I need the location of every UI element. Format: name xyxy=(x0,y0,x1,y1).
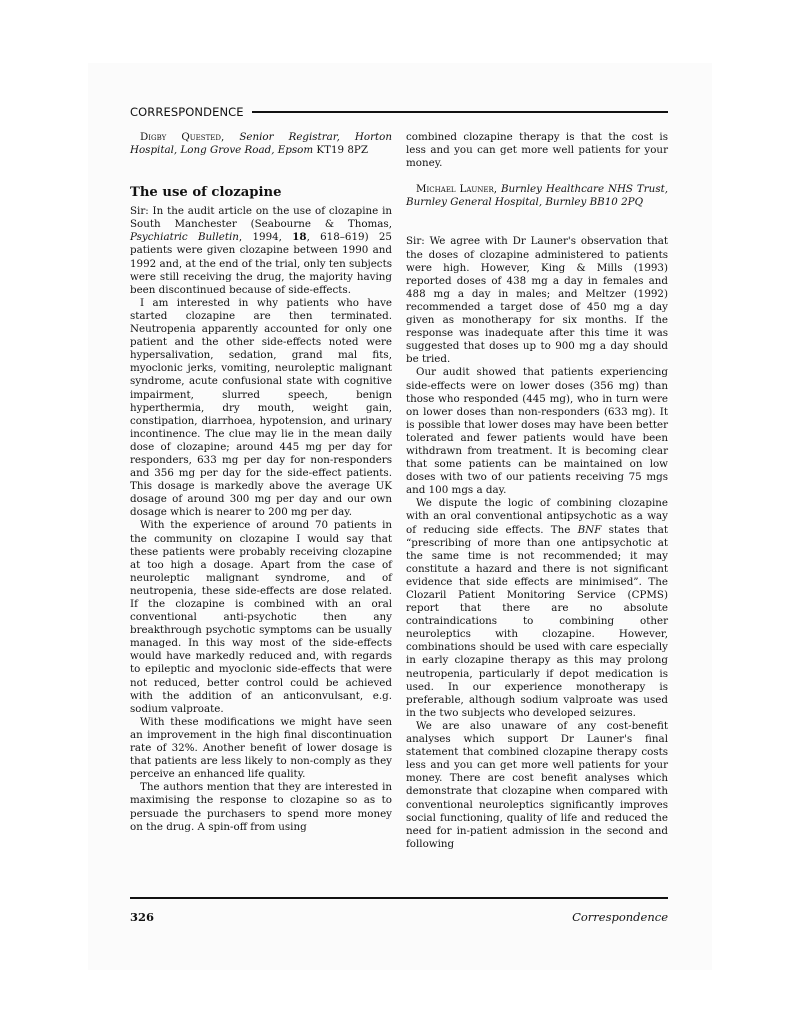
letter-continuation: combined clozapine therapy is that the c… xyxy=(406,131,668,170)
right-column: combined clozapine therapy is that the c… xyxy=(406,131,668,851)
journal-name: Psychiatric Bulletin xyxy=(130,231,239,243)
reply-paragraph: We are also unaware of any cost-benefit … xyxy=(406,720,668,851)
previous-letter-signature: Digby Quested, Senior Registrar, Horton … xyxy=(130,131,392,157)
author-postcode: KT19 8PZ xyxy=(316,144,368,156)
author-name: Digby Quested xyxy=(140,131,221,143)
left-column: Digby Quested, Senior Registrar, Horton … xyxy=(130,131,392,834)
paragraph-text: Sir: In the audit article on the use of … xyxy=(130,205,392,230)
letter-paragraph: Sir: In the audit article on the use of … xyxy=(130,205,392,297)
paragraph-text: , 1994, xyxy=(239,231,292,243)
spacer xyxy=(406,170,668,183)
letter-paragraph: The authors mention that they are intere… xyxy=(130,781,392,833)
article-title: The use of clozapine xyxy=(130,185,392,200)
bnf-abbreviation: BNF xyxy=(578,524,602,536)
author-name: Michael Launer xyxy=(416,183,494,195)
letter-paragraph: With these modifications we might have s… xyxy=(130,716,392,781)
reply-paragraph: Our audit showed that patients experienc… xyxy=(406,366,668,497)
running-head: CORRESPONDENCE xyxy=(130,104,668,120)
footer-rule xyxy=(130,897,668,899)
reply-paragraph: We dispute the logic of combining clozap… xyxy=(406,497,668,720)
volume-number: 18 xyxy=(292,231,306,243)
reply-paragraph: Sir: We agree with Dr Launer's observati… xyxy=(406,235,668,366)
spacer xyxy=(406,209,668,235)
running-head-label: CORRESPONDENCE xyxy=(130,105,252,119)
letter-signature: Michael Launer, Burnley Healthcare NHS T… xyxy=(406,183,668,209)
page-number: 326 xyxy=(130,910,154,924)
header-rule xyxy=(252,111,668,113)
letter-paragraph: I am interested in why patients who have… xyxy=(130,297,392,520)
letter-paragraph: With the experience of around 70 patient… xyxy=(130,519,392,715)
footer-section-title: Correspondence xyxy=(572,910,668,924)
paragraph-text: states that “prescribing of more than on… xyxy=(406,524,668,719)
